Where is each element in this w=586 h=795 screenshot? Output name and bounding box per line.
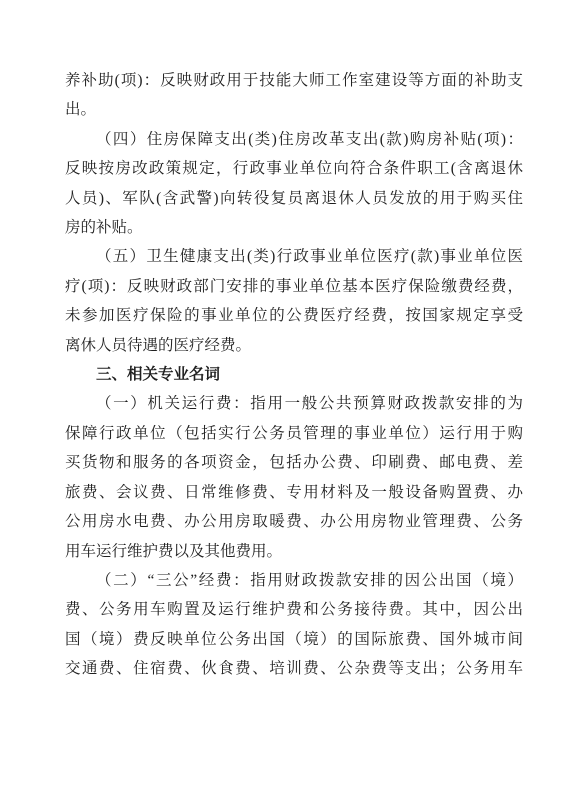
section-heading-block: 三、相关专业名词 — [65, 360, 523, 389]
text-line: 人员)、军队(含武警)向转役复员离退休人员发放的用于购买住 — [65, 184, 523, 213]
text-line: 交通费、住宿费、伙食费、培训费、公杂费等支出；公务用车 — [65, 654, 523, 683]
paragraph-housing-security: （四）住房保障支出(类)住房改革支出(款)购房补贴(项)： 反映按房改政策规定，… — [65, 125, 523, 243]
text-line: （二）“三公”经费：指用财政拨款安排的因公出国（境） — [65, 566, 523, 595]
text-line: （四）住房保障支出(类)住房改革支出(款)购房补贴(项)： — [65, 125, 523, 154]
document-page: 养补助(项)：反映财政用于技能大师工作室建设等方面的补助支 出。 （四）住房保障… — [0, 0, 586, 795]
text-line: 费、公务用车购置及运行维护费和公务接待费。其中，因公出 — [65, 595, 523, 624]
text-line: 国（境）费反映单位公务出国（境）的国际旅费、国外城市间 — [65, 625, 523, 654]
paragraph-three-public-funds: （二）“三公”经费：指用财政拨款安排的因公出国（境） 费、公务用车购置及运行维护… — [65, 566, 523, 684]
text-line: 买货物和服务的各项资金，包括办公费、印刷费、邮电费、差 — [65, 448, 523, 477]
text-line: 用车运行维护费以及其他费用。 — [65, 537, 523, 566]
text-line: 房的补贴。 — [65, 213, 523, 242]
text-line: 保障行政单位（包括实行公务员管理的事业单位）运行用于购 — [65, 419, 523, 448]
paragraph-health-expenditure: （五）卫生健康支出(类)行政事业单位医疗(款)事业单位医 疗(项)：反映财政部门… — [65, 242, 523, 360]
text-line: 未参加医疗保险的事业单位的公费医疗经费，按国家规定享受 — [65, 301, 523, 330]
section-heading: 三、相关专业名词 — [65, 360, 523, 389]
text-line: 离休人员待遇的医疗经费。 — [65, 331, 523, 360]
text-line: （五）卫生健康支出(类)行政事业单位医疗(款)事业单位医 — [65, 242, 523, 271]
text-line: 反映按房改政策规定，行政事业单位向符合条件职工(含离退休 — [65, 154, 523, 183]
text-line: 旅费、会议费、日常维修费、专用材料及一般设备购置费、办 — [65, 478, 523, 507]
text-line: 出。 — [65, 95, 523, 124]
text-line: （一）机关运行费：指用一般公共预算财政拨款安排的为 — [65, 389, 523, 418]
paragraph-training-subsidy: 养补助(项)：反映财政用于技能大师工作室建设等方面的补助支 出。 — [65, 66, 523, 125]
document-text-block: 养补助(项)：反映财政用于技能大师工作室建设等方面的补助支 出。 （四）住房保障… — [65, 66, 523, 684]
paragraph-agency-operating-cost: （一）机关运行费：指用一般公共预算财政拨款安排的为 保障行政单位（包括实行公务员… — [65, 389, 523, 565]
text-line: 公用房水电费、办公用房取暖费、办公用房物业管理费、公务 — [65, 507, 523, 536]
text-line: 养补助(项)：反映财政用于技能大师工作室建设等方面的补助支 — [65, 66, 523, 95]
text-line: 疗(项)：反映财政部门安排的事业单位基本医疗保险缴费经费， — [65, 272, 523, 301]
